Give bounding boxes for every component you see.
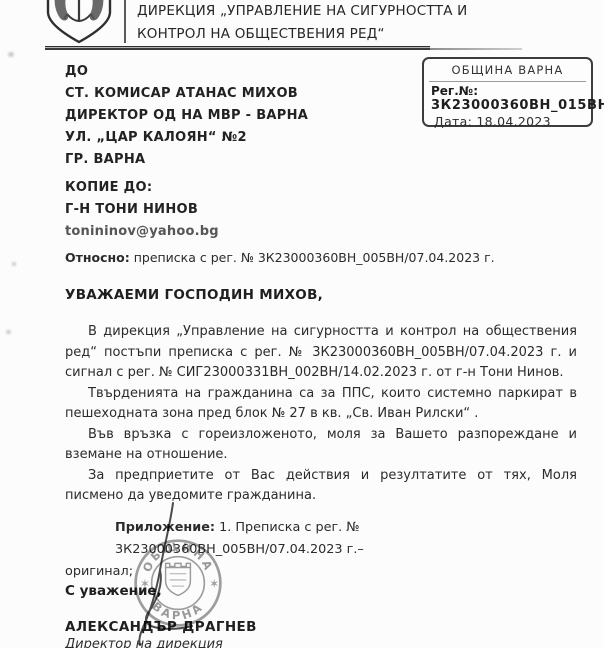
scan-speck [8,52,14,57]
copy-to-name: Г-Н ТОНИ НИНОВ [65,199,219,221]
subject-line: Относно: преписка с рег. № 3К23000360ВН_… [65,250,495,265]
body-paragraph: Във връзка с гореизложеното, моля за Ваш… [65,425,577,466]
subject-text: преписка с рег. № 3К23000360ВН_005ВН/07.… [130,250,495,265]
copy-to-block: КОПИЕ ДО: Г-Н ТОНИ НИНОВ tonininov@yahoo… [65,177,219,243]
recipient-line: ГР. ВАРНА [65,149,308,171]
recipient-line: УЛ. „ЦАР КАЛОЯН“ №2 [65,127,308,149]
org-name-line1: ДИРЕКЦИЯ „УПРАВЛЕНИЕ НА СИГУРНОСТТА И [137,3,467,19]
salutation: УВАЖАЕМИ ГОСПОДИН МИХОВ, [65,287,323,303]
body-paragraph: В дирекция „Управление на сигурността и … [65,322,577,384]
letter-body: В дирекция „Управление на сигурността и … [65,322,577,507]
regbox-title: ОБЩИНА ВАРНА [424,63,591,77]
regbox-reg-label: Рег.№: [431,84,478,98]
scan-speck [6,330,11,334]
regbox-date: Дата: 18.04.2023 [434,114,551,129]
body-paragraph: Твърденията на гражданина са за ППС, кои… [65,384,577,425]
copy-to-email: tonininov@yahoo.bg [65,221,219,243]
registration-stamp-box: ОБЩИНА ВАРНА Рег.№: 3К23000360ВН_015ВН Д… [422,57,593,127]
header-rule-tail [430,48,522,50]
recipient-line: ДО [65,61,308,83]
signature-icon [100,495,240,648]
varna-coat-of-arms-icon [45,0,113,44]
scanned-letter-page: ДИРЕКЦИЯ „УПРАВЛЕНИЕ НА СИГУРНОСТТА И КО… [0,0,604,648]
header-divider [124,0,126,43]
recipient-block: ДО СТ. КОМИСАР АТАНАС МИХОВ ДИРЕКТОР ОД … [65,61,308,171]
copy-to-label: КОПИЕ ДО: [65,177,219,199]
recipient-line: ДИРЕКТОР ОД НА МВР - ВАРНА [65,105,308,127]
org-name-line2: КОНТРОЛ НА ОБЩЕСТВЕНИЯ РЕД“ [137,26,385,42]
regbox-separator [429,81,586,82]
regbox-reg-number: 3К23000360ВН_015ВН [431,98,604,113]
scan-speck [12,262,16,266]
recipient-line: СТ. КОМИСАР АТАНАС МИХОВ [65,83,308,105]
subject-label: Относно: [65,250,130,265]
header-rule [45,46,430,50]
